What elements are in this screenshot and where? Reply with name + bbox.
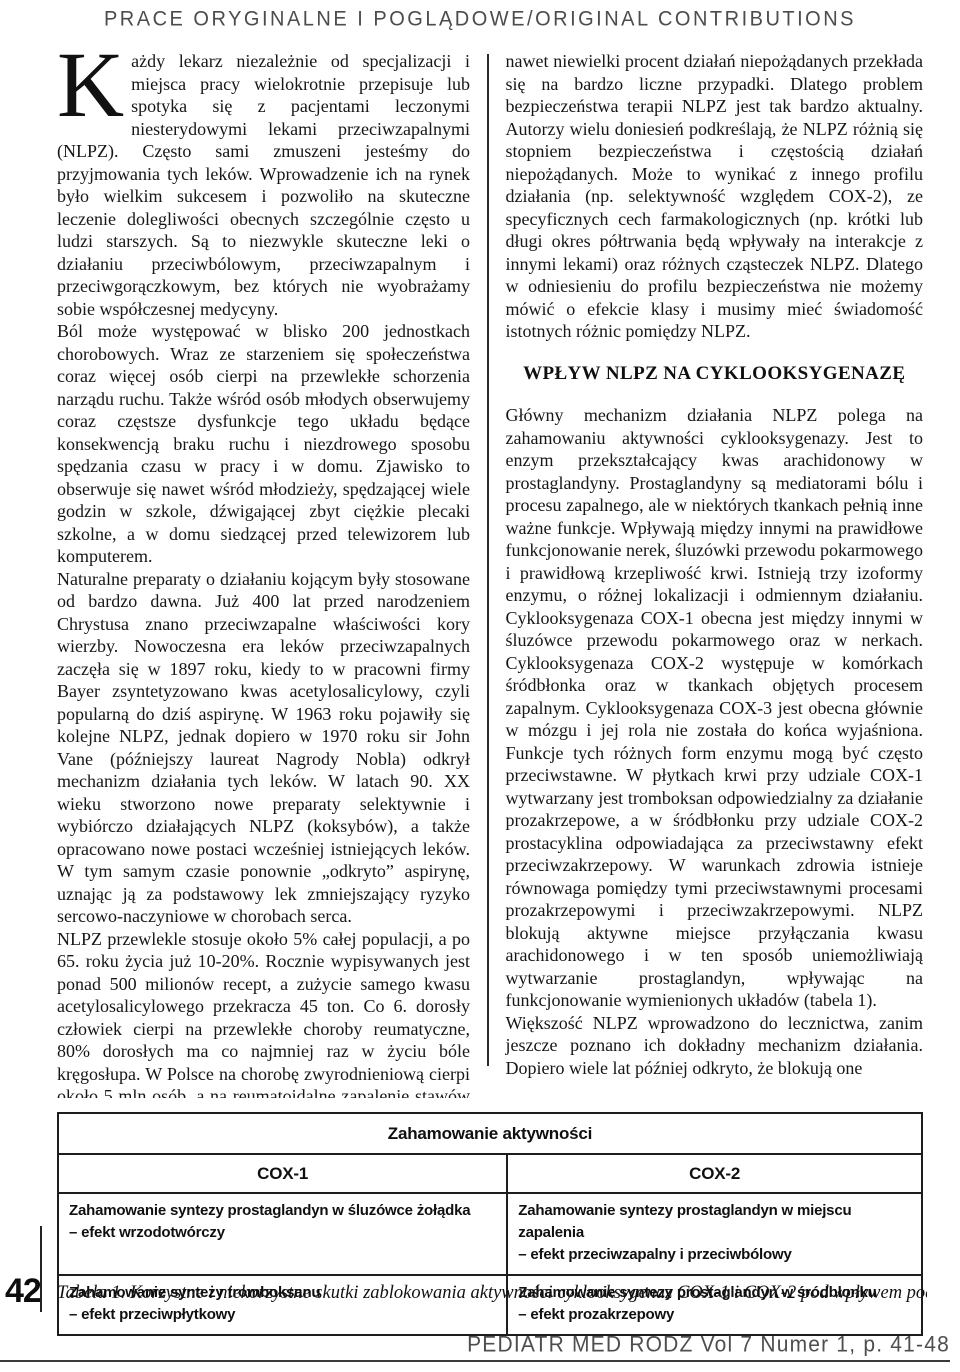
column-divider bbox=[487, 54, 489, 1066]
footer-rule bbox=[0, 1360, 950, 1362]
page-number-rule bbox=[40, 1226, 42, 1312]
table-header-row: COX-1 COX-2 bbox=[58, 1154, 922, 1193]
footer-journal-info: PEDIATR MED RODZ Vol 7 Numer 1, p. 41-48 bbox=[0, 1332, 950, 1357]
drop-cap: K bbox=[57, 50, 131, 119]
table-title-row: Zahamowanie aktywności bbox=[58, 1113, 922, 1154]
paragraph-history: Naturalne preparaty o działaniu kojącym … bbox=[57, 568, 470, 928]
cell-effect-detail: – efekt przeciwpłytkowy bbox=[69, 1304, 496, 1326]
table-title: Zahamowanie aktywności bbox=[58, 1113, 922, 1154]
cell-effect-text: Zahamowanie syntezy prostaglandyn w miej… bbox=[518, 1200, 911, 1244]
column-header-cox2: COX-2 bbox=[507, 1154, 922, 1193]
cell-effect-detail: – efekt wrzodotwórczy bbox=[69, 1222, 496, 1244]
cell-effect-detail: – efekt przeciwzapalny i przeciwbólowy bbox=[518, 1244, 911, 1266]
paragraph-intro: Każdy lekarz niezależnie od specjalizacj… bbox=[57, 50, 470, 320]
table-caption: Tabela 1. Korzystne i niekorzystne skutk… bbox=[57, 1282, 927, 1304]
table-row: Zahamowanie syntezy prostaglandyn w śluz… bbox=[58, 1193, 922, 1275]
paragraph-mechanism-discovery: Większość NLPZ wprowadzono do lecznictwa… bbox=[506, 1012, 924, 1080]
table-cell-cox1-row1: Zahamowanie syntezy prostaglandyn w śluz… bbox=[58, 1193, 507, 1275]
article-column-right: nawet niewielki procent działań niepożąd… bbox=[506, 50, 924, 1098]
page-number: 42 bbox=[5, 1272, 38, 1311]
running-head: PRACE ORYGINALNE I POGLĄDOWE/ORIGINAL CO… bbox=[0, 7, 960, 32]
journal-page: PRACE ORYGINALNE I POGLĄDOWE/ORIGINAL CO… bbox=[0, 0, 960, 1372]
column-header-cox1: COX-1 bbox=[58, 1154, 507, 1193]
paragraph-pain-prevalence: Ból może występować w blisko 200 jednost… bbox=[57, 320, 470, 568]
cell-effect-detail: – efekt prozakrzepowy bbox=[518, 1304, 911, 1326]
section-heading: WPŁYW NLPZ NA CYKLOOKSYGENAZĘ bbox=[506, 363, 924, 386]
article-body: Każdy lekarz niezależnie od specjalizacj… bbox=[57, 50, 923, 1098]
paragraph-safety: nawet niewielki procent działań niepożąd… bbox=[506, 50, 924, 343]
article-column-left: Każdy lekarz niezależnie od specjalizacj… bbox=[57, 50, 470, 1098]
cell-effect-text: Zahamowanie syntezy prostaglandyn w śluz… bbox=[69, 1200, 496, 1222]
paragraph-usage-statistics: NLPZ przewlekle stosuje około 5% całej p… bbox=[57, 928, 470, 1099]
paragraph-cyclooxygenase: Główny mechanizm działania NLPZ polega n… bbox=[506, 404, 924, 1012]
table-cell-cox2-row1: Zahamowanie syntezy prostaglandyn w miej… bbox=[507, 1193, 922, 1275]
